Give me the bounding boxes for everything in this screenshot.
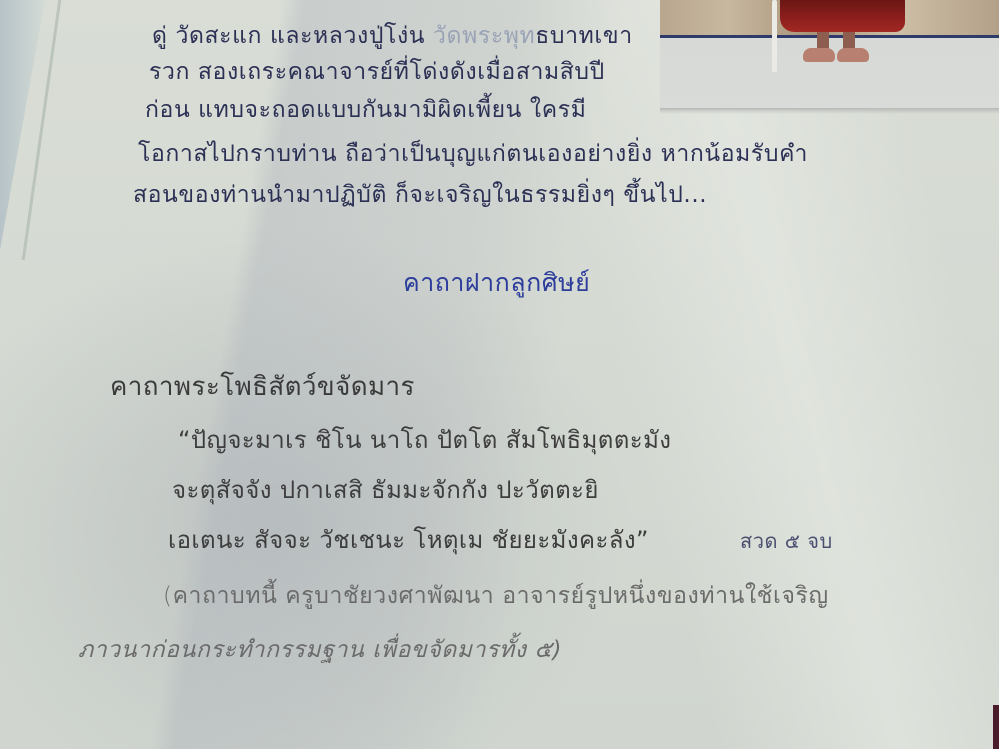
intro-line-5: สอนของท่านนำมาปฏิบัติ ก็จะเจริญในธรรมยิ่…: [133, 177, 707, 213]
photo-monk-robe: [780, 0, 905, 32]
chant-title: คาถาพระโพธิสัตว์ขจัดมาร: [110, 366, 415, 407]
monk-photo: [660, 0, 999, 110]
section-heading: คาถาฝากลูกศิษย์: [403, 263, 590, 303]
recitation-instruction: สวด ๕ จบ: [740, 525, 833, 557]
intro-line-4: โอกาสไปกราบท่าน ถือว่าเป็นบุญแก่ตนเองอย่…: [138, 136, 808, 172]
photo-monk-feet: [795, 32, 875, 62]
intro-line-1-faded: วัดพระพุท: [433, 23, 535, 49]
note-line-1: (คาถาบทนี้ ครูบาชัยวงศาพัฒนา อาจารย์รูปห…: [163, 578, 829, 614]
note-line-2: ภาวนาก่อนกระทำกรรมฐาน เพื่อขจัดมารทั้ง ๕…: [78, 632, 562, 668]
intro-line-1: ดู่ วัดสะแก และหลวงปู่โง่น วัดพระพุทธบาท…: [152, 18, 633, 54]
photo-staff: [772, 0, 777, 72]
chant-line-3: เอเตนะ สัจจะ วัชเชนะ โหตุเม ชัยยะมังคะลั…: [168, 520, 649, 559]
next-page-corner: [993, 705, 999, 749]
intro-line-1-rest: ธบาทเขา: [535, 23, 632, 49]
intro-line-1-main: ดู่ วัดสะแก และหลวงปู่โง่น: [152, 23, 433, 49]
chant-line-2: จะตุสัจจัง ปกาเสสิ ธัมมะจักกัง ปะวัตตะยิ: [172, 470, 599, 509]
chant-line-1: “ปัญจะมาเร ชิโน นาโถ ปัตโต สัมโพธิมุตตะม…: [178, 420, 671, 459]
intro-line-3: ก่อน แทบจะถอดแบบกันมามิผิดเพี้ยน ใครมี: [145, 92, 586, 128]
photo-shadow: [660, 108, 999, 114]
intro-line-2: รวก สองเถระคณาจารย์ที่โด่งดังเมื่อสามสิบ…: [149, 54, 605, 90]
